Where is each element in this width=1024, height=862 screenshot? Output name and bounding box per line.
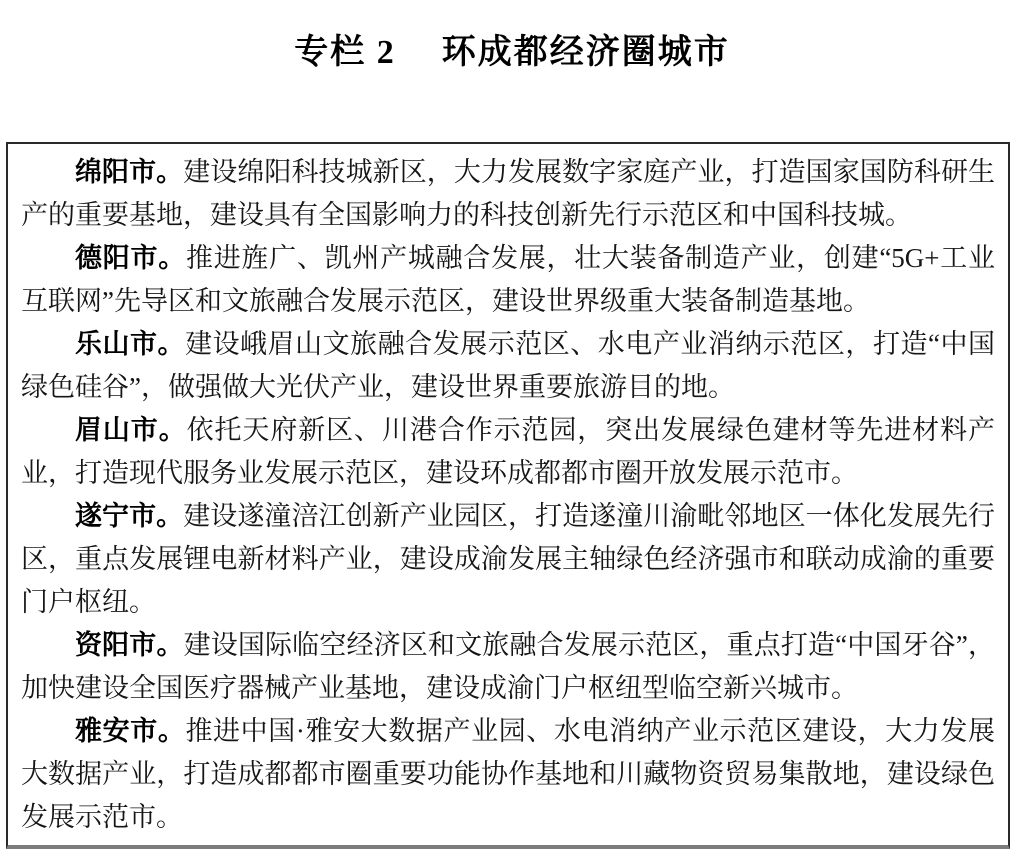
city-paragraph: 绵阳市。建设绵阳科技城新区，大力发展数字家庭产业，打造国家国防科研生产的重要基地… — [21, 151, 995, 237]
city-name: 遂宁市。 — [75, 501, 183, 531]
city-paragraph: 遂宁市。建设遂潼涪江创新产业园区，打造遂潼川渝毗邻地区一体化发展先行区，重点发展… — [21, 495, 995, 624]
city-name: 绵阳市。 — [75, 157, 183, 187]
city-name: 乐山市。 — [75, 329, 185, 359]
city-paragraph: 德阳市。推进旌广、凯州产城融合发展，壮大装备制造产业，创建“5G+工业互联网”先… — [21, 237, 995, 323]
city-name: 雅安市。 — [75, 716, 185, 746]
city-paragraph: 眉山市。依托天府新区、川港合作示范园，突出发展绿色建材等先进材料产业，打造现代服… — [21, 409, 995, 495]
city-paragraph: 雅安市。推进中国·雅安大数据产业园、水电消纳产业示范区建设，大力发展大数据产业，… — [21, 710, 995, 839]
city-paragraph: 资阳市。建设国际临空经济区和文旅融合发展示范区，重点打造“中国牙谷”，加快建设全… — [21, 624, 995, 710]
box-number-label: 专栏 2 — [294, 34, 396, 71]
content-box: 绵阳市。建设绵阳科技城新区，大力发展数字家庭产业，打造国家国防科研生产的重要基地… — [6, 142, 1010, 849]
city-paragraph: 乐山市。建设峨眉山文旅融合发展示范区、水电产业消纳示范区，打造“中国绿色硅谷”，… — [21, 323, 995, 409]
box-title-text: 环成都经济圈城市 — [442, 34, 730, 71]
city-name: 资阳市。 — [75, 630, 184, 660]
city-name: 眉山市。 — [75, 415, 187, 445]
page-title: 专栏 2环成都经济圈城市 — [0, 24, 1024, 73]
city-name: 德阳市。 — [75, 243, 186, 273]
